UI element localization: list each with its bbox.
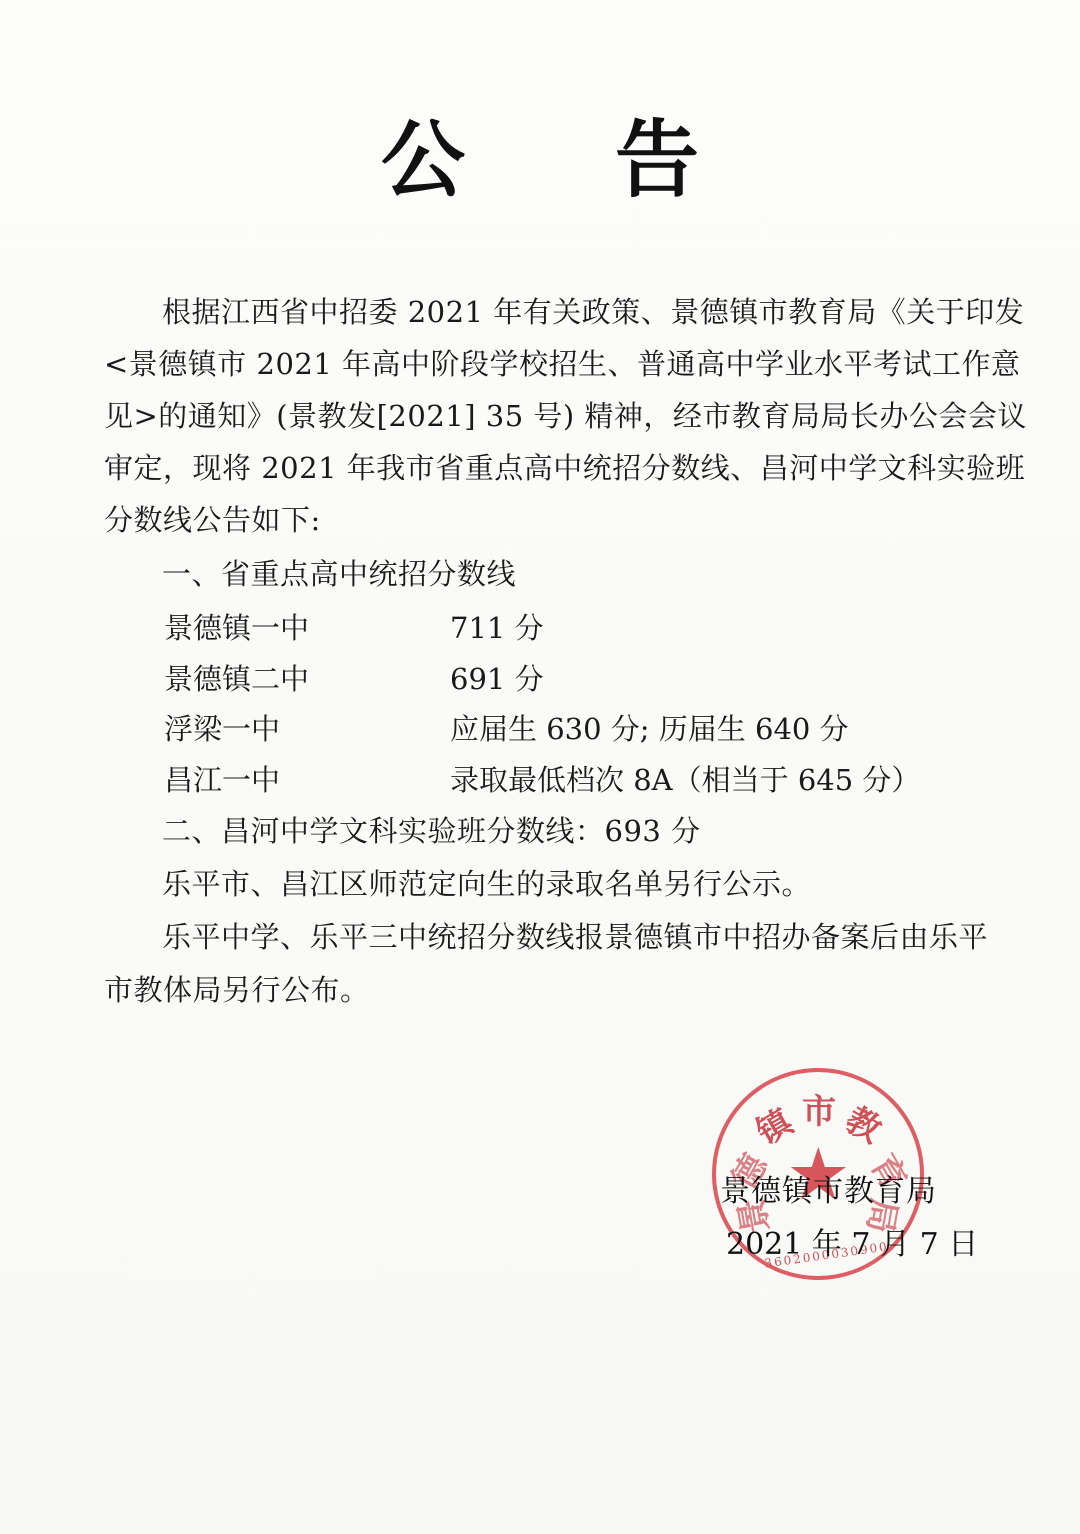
school-score: 应届生 630 分; 历届生 640 分	[450, 709, 849, 749]
school-name: 浮梁一中	[164, 709, 280, 749]
page-title: 公告	[0, 105, 1080, 215]
intro-line: 见>的通知》(景教发[2021] 35 号) 精神，经市教育局局长办公会会议	[104, 396, 1027, 436]
note-line: 乐平中学、乐平三中统招分数线报景德镇市中招办备案后由乐平	[162, 917, 988, 957]
seal-char: 市	[802, 1084, 836, 1133]
intro-line: 分数线公告如下:	[104, 500, 321, 540]
section2-heading: 二、昌河中学文科实验班分数线：693 分	[162, 811, 701, 851]
intro-line: <景德镇市 2021 年高中阶段学校招生、普通高中学业水平考试工作意	[104, 344, 1021, 384]
note-line: 市教体局另行公布。	[104, 970, 370, 1010]
intro-line: 根据江西省中招委 2021 年有关政策、景德镇市教育局《关于印发	[162, 292, 1024, 332]
section1-heading: 一、省重点高中统招分数线	[162, 554, 516, 594]
issue-date: 2021 年 7 月 7 日	[726, 1225, 978, 1265]
signature: 景德镇市教育局	[720, 1172, 937, 1212]
school-name: 景德镇二中	[164, 659, 309, 699]
intro-line: 审定，现将 2021 年我市省重点高中统招分数线、昌河中学文科实验班	[104, 448, 1025, 488]
school-score: 录取最低档次 8A（相当于 645 分）	[450, 760, 920, 800]
school-name: 昌江一中	[164, 760, 280, 800]
school-score: 691 分	[450, 659, 544, 699]
school-name: 景德镇一中	[164, 608, 309, 648]
school-score: 711 分	[450, 608, 544, 648]
document-page: 公告 根据江西省中招委 2021 年有关政策、景德镇市教育局《关于印发 <景德镇…	[0, 0, 1080, 1534]
note-line: 乐平市、昌江区师范定向生的录取名单另行公示。	[162, 864, 811, 904]
